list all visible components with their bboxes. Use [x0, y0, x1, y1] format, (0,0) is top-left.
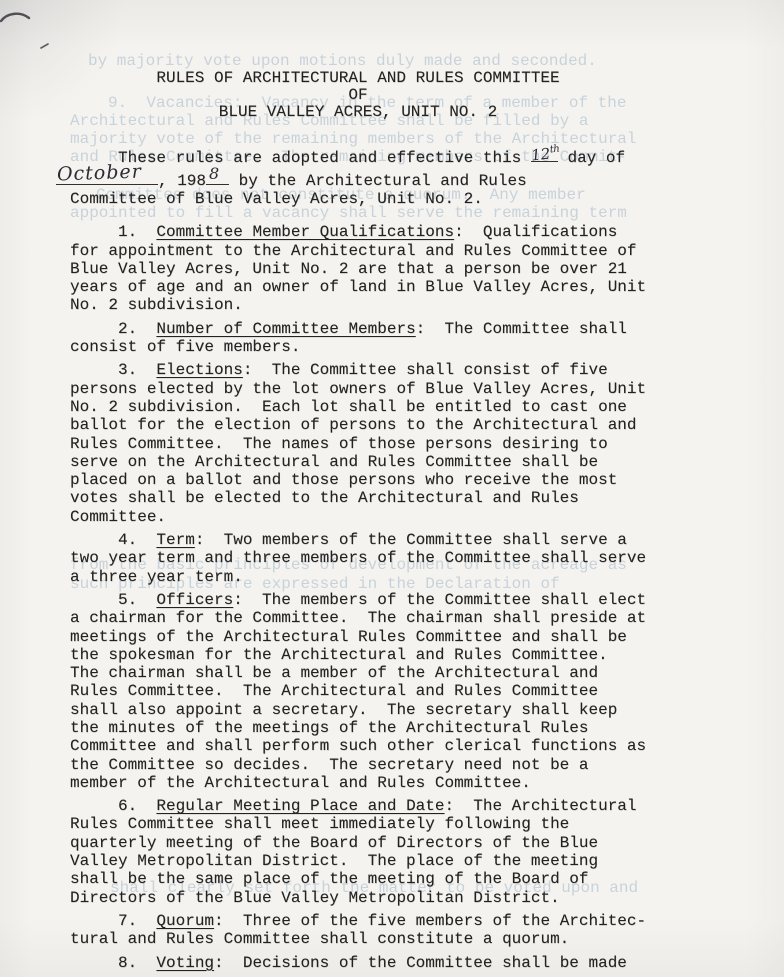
section-number: 2.: [118, 320, 137, 338]
section-paragraph: 1. Committee Member Qualifications: Qual…: [70, 223, 690, 314]
handwritten-month: October: [57, 162, 142, 183]
handwritten-day-suffix: th: [549, 144, 560, 156]
section-heading: Officers: [156, 591, 233, 609]
title-line-1: RULES OF ARCHITECTURAL AND RULES COMMITT…: [70, 70, 646, 87]
year-blank-line: 8: [206, 168, 229, 185]
title-line-2: OF: [70, 87, 646, 104]
section-heading: Elections: [156, 361, 242, 379]
month-blank-line: October: [56, 168, 158, 185]
section-paragraph: 3. Elections: The Committee shall consis…: [70, 361, 690, 526]
section-paragraph: 2. Number of Committee Members: The Comm…: [70, 320, 690, 357]
section-paragraph: 6. Regular Meeting Place and Date: The A…: [70, 797, 690, 907]
section-paragraph: 8. Voting: Decisions of the Committee sh…: [70, 954, 690, 972]
section-number: 8.: [118, 954, 137, 972]
section-number: 6.: [118, 797, 137, 815]
section-heading: Regular Meeting Place and Date: [156, 797, 444, 815]
section-number: 5.: [118, 591, 137, 609]
section-number: 4.: [118, 531, 137, 549]
section-paragraph: 4. Term: Two members of the Committee sh…: [70, 531, 690, 586]
rules-sections: 1. Committee Member Qualifications: Qual…: [70, 223, 690, 972]
section-heading: Committee Member Qualifications: [156, 223, 454, 241]
section-heading: Quorum: [156, 912, 214, 930]
document-content: RULES OF ARCHITECTURAL AND RULES COMMITT…: [70, 70, 690, 972]
section-paragraph: 7. Quorum: Three of the five members of …: [70, 912, 690, 949]
bleedthrough-line: by majority vote upon motions duly made …: [88, 52, 597, 70]
section-number: 1.: [118, 223, 137, 241]
section-heading: Term: [156, 531, 194, 549]
section-paragraph: 5. Officers: The members of the Committe…: [70, 591, 690, 792]
date-blank-line: 12th: [531, 145, 558, 162]
title-line-3: BLUE VALLEY ACRES, UNIT NO. 2: [70, 104, 646, 121]
pen-squiggle: [1, 14, 29, 21]
handwritten-day: 12th: [530, 141, 561, 165]
pen-squiggle-mark: [0, 0, 70, 60]
document-page: by majority vote upon motions duly made …: [0, 0, 784, 977]
section-number: 7.: [118, 912, 137, 930]
handwritten-year-digit: 8: [209, 165, 219, 183]
document-title: RULES OF ARCHITECTURAL AND RULES COMMITT…: [70, 70, 646, 120]
pen-tick-mark: [41, 44, 48, 48]
section-heading: Number of Committee Members: [156, 320, 415, 338]
intro-paragraph: These rules are adopted and effective th…: [70, 145, 690, 208]
section-heading: Voting: [156, 954, 214, 972]
section-number: 3.: [118, 361, 137, 379]
